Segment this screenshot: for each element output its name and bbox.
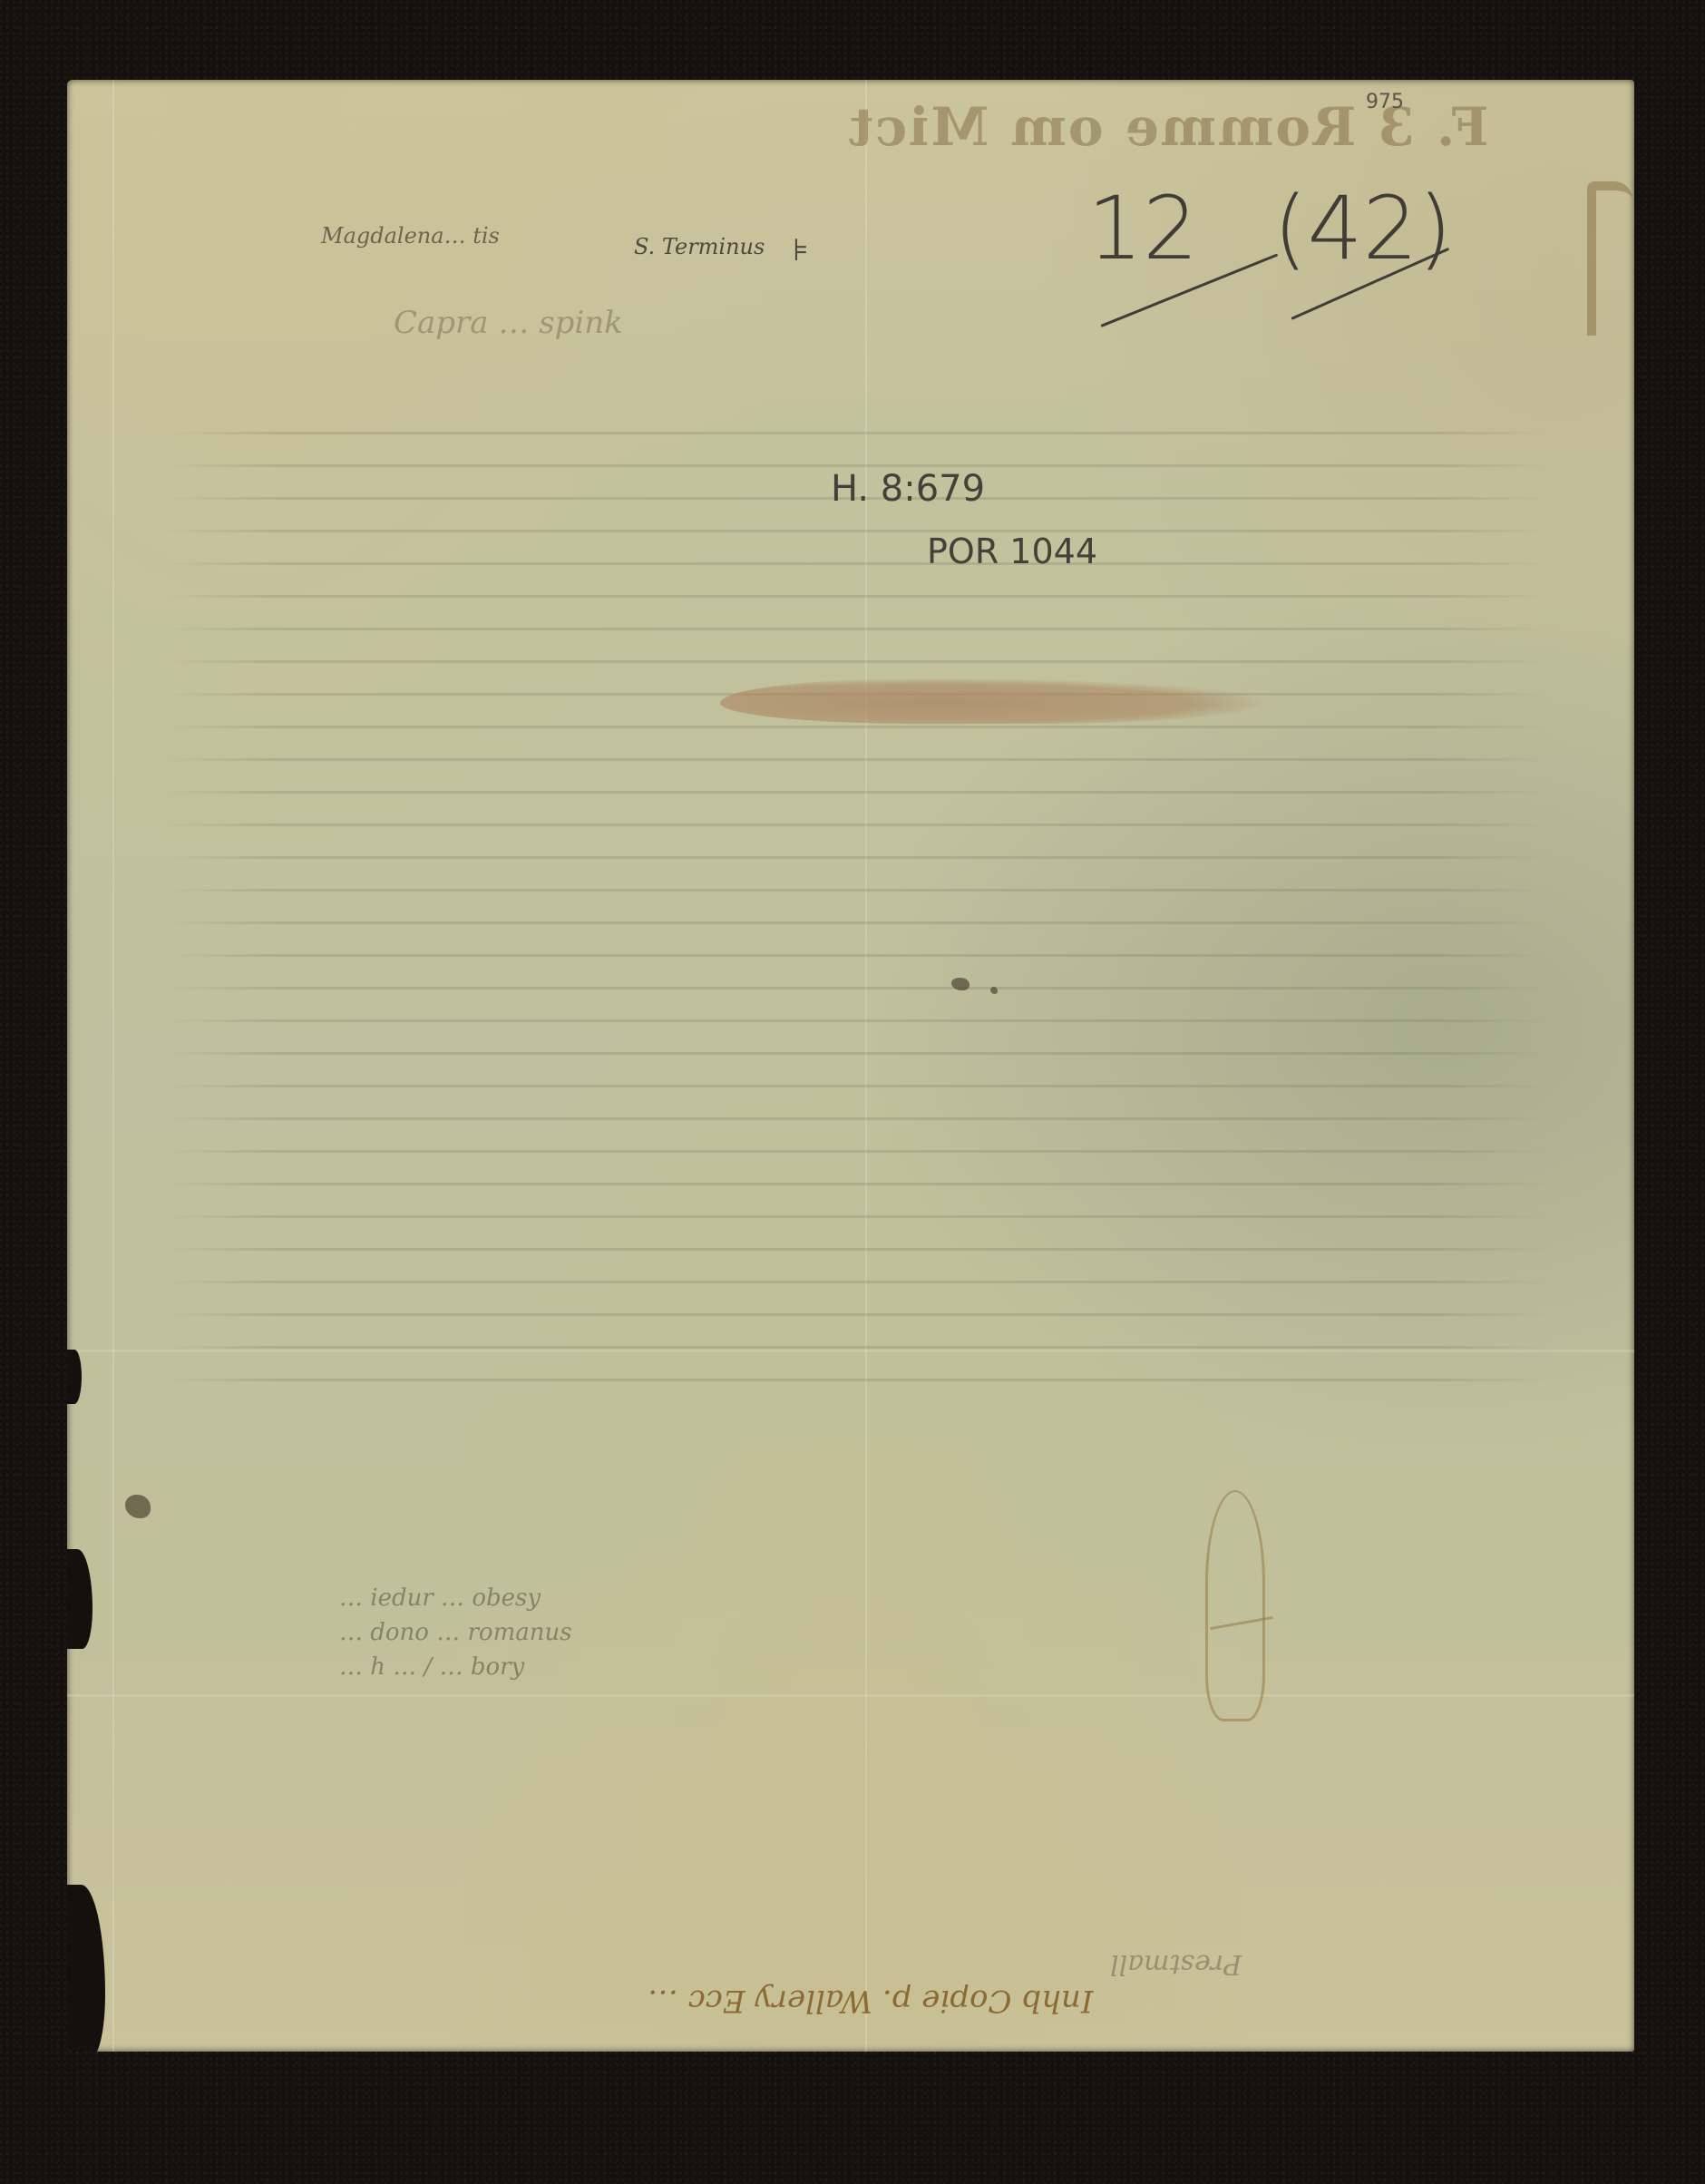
archive-reference-por: POR 1044 (927, 531, 1097, 571)
ink-blot (990, 987, 998, 994)
dorsal-inscription-secondary: Prestmall (1110, 1948, 1242, 1980)
dorsal-inscription-upside-down: Inhb Copie p. Wallery Ecc … (648, 1983, 1093, 2019)
folio-number: 975 (1366, 91, 1404, 113)
top-faded-note: Capra … spink (394, 305, 623, 341)
top-note-terminus: S. Terminus (634, 234, 765, 259)
fold-line (112, 80, 114, 2052)
scan-background: F. 3 Romme om Mict 975 12 (42) Magdalena… (0, 0, 1705, 2184)
seal-cord-trace (1205, 1490, 1265, 1721)
edge-damage (67, 1350, 82, 1404)
top-note-symbol: ⊧ (793, 232, 809, 268)
lower-note-line: … h … / … bory (339, 1650, 572, 1684)
top-note-left: Magdalena… tis (321, 223, 500, 249)
archive-reference-h: H. 8:679 (831, 468, 985, 510)
shelfmark-main: 12 (1087, 178, 1198, 279)
shelfmark-alt: (42) (1273, 178, 1452, 279)
edge-damage (67, 1885, 105, 2052)
ink-blot (125, 1495, 151, 1518)
lower-faded-notes: … iedur … obesy … dono … romanus … h … /… (339, 1581, 572, 1684)
fold-line-horizontal (67, 1694, 1634, 1697)
show-through-initial (1587, 181, 1632, 336)
lower-note-line: … dono … romanus (339, 1615, 572, 1650)
lower-note-line: … iedur … obesy (339, 1581, 572, 1615)
parchment-sheet: F. 3 Romme om Mict 975 12 (42) Magdalena… (67, 80, 1634, 2052)
show-through-text-block (167, 406, 1545, 1386)
ink-blot (951, 978, 969, 990)
stain-mark (720, 678, 1264, 724)
edge-damage (67, 1549, 93, 1649)
